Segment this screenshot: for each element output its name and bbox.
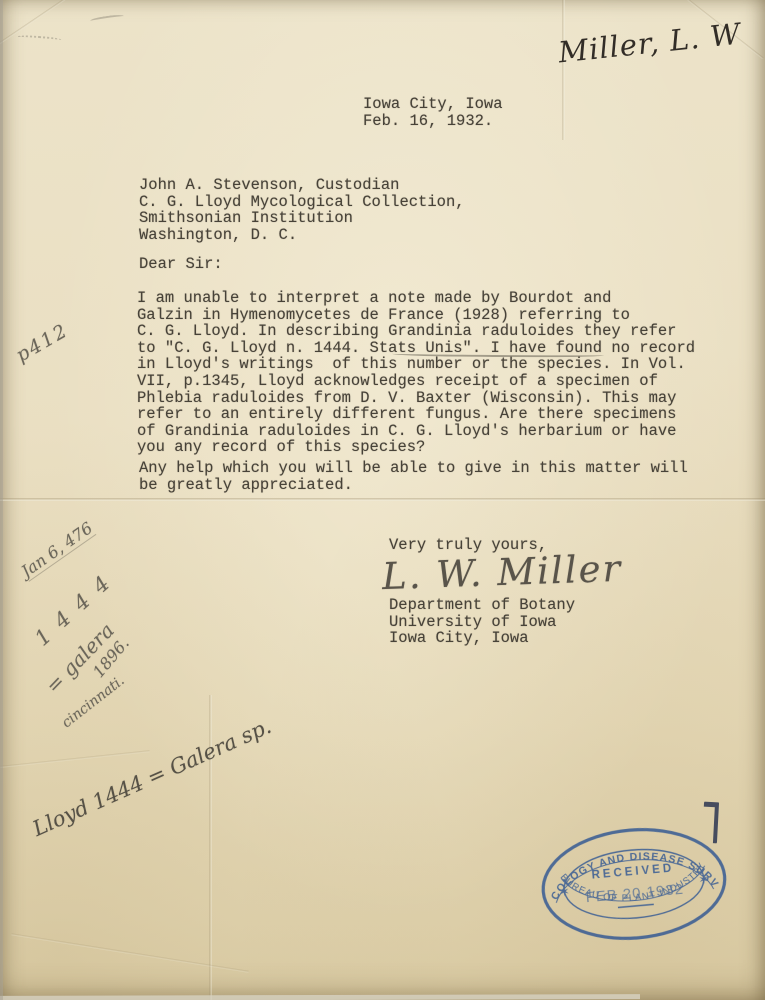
annotation-top-right-name: Miller, L. W xyxy=(557,17,743,70)
sender-address: Department of Botany University of Iowa … xyxy=(389,597,575,647)
faint-pencil-marks xyxy=(16,34,62,42)
star-icon: ✶ xyxy=(698,871,710,887)
paper-wrinkle xyxy=(11,933,248,973)
faint-pencil-scribble xyxy=(90,14,124,24)
stamp-divider-line xyxy=(618,904,654,907)
fold-crease-horizontal xyxy=(0,498,765,501)
scan-edge-left xyxy=(0,0,3,1000)
body-paragraph-1: I am unable to interpret a note made by … xyxy=(137,290,695,456)
recipient-address: John A. Stevenson, Custodian C. G. Lloyd… xyxy=(139,177,465,243)
received-stamp: MYCOLOGY AND DISEASE SURVEY BUREAU OF PL… xyxy=(529,814,739,956)
annotation-bottom-note: Lloyd 1444 = Galera sp. xyxy=(29,714,275,841)
scan-edge-bottom xyxy=(0,994,640,1000)
star-icon: ✶ xyxy=(558,884,570,900)
corner-crease xyxy=(0,0,69,50)
fold-crease-vertical-top xyxy=(562,0,565,140)
salutation: Dear Sir: xyxy=(139,256,223,273)
body-paragraph-2: Any help which you will be able to give … xyxy=(139,460,688,493)
dateline: Iowa City, Iowa Feb. 16, 1932. xyxy=(363,96,503,129)
signature-handwritten: L. W. Miller xyxy=(381,547,623,598)
paper-sheet: Iowa City, Iowa Feb. 16, 1932. John A. S… xyxy=(0,0,765,1000)
annotation-page-ref: p412 xyxy=(12,319,72,366)
scanned-letter-page: Iowa City, Iowa Feb. 16, 1932. John A. S… xyxy=(0,0,765,1000)
annotation-left-date: Jan 6, 476 xyxy=(18,518,97,582)
paper-wrinkle xyxy=(0,750,149,768)
